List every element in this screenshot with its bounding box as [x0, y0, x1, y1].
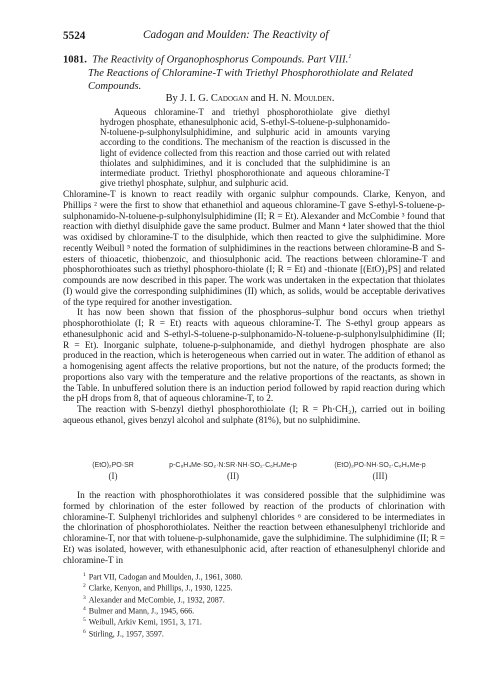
article-title: 1081. The Reactivity of Organophosphorus… [63, 51, 445, 93]
footnote-4: 4Bulmer and Mann, J., 1945, 666. [83, 605, 383, 616]
page-number: 5524 [63, 30, 85, 42]
title-reference: 1 [348, 54, 351, 60]
running-title: Cadogan and Moulden: The Reactivity of [143, 29, 329, 41]
body-text-upper: Chloramine-T is known to react readily w… [63, 190, 445, 427]
paragraph-3: The reaction with S-benzyl diethyl phosp… [63, 405, 445, 427]
formula-II: p-C₆H₄Me·SO₂·N:SR·NH·SO₂·C₆H₄Me-p (II) [158, 462, 308, 481]
author-line: By J. I. G. Cadogan and H. N. Moulden. [0, 93, 500, 104]
abstract-text: Aqueous chloramine-T and triethyl phosph… [100, 107, 390, 188]
article-number: 1081. [63, 55, 87, 66]
formula-I: (EtO)₂PO·SR (I) [73, 462, 153, 481]
author-1: J. I. G. Cadogan [180, 93, 248, 104]
title-line-1: The Reactivity of Organophosphorus Compo… [92, 55, 348, 66]
paragraph-1: Chloramine-T is known to react readily w… [63, 190, 445, 308]
footnote-3: 3Alexander and McCombie, J., 1932, 2087. [83, 594, 383, 605]
title-line-2: The Reactions of Chloramine-T with Triet… [63, 67, 445, 93]
body-text-lower: In the reaction with phosphorothiolates … [63, 491, 445, 566]
paragraph-4: In the reaction with phosphorothiolates … [63, 491, 445, 566]
footnote-1: 1Part VII, Cadogan and Moulden, J., 1961… [83, 571, 383, 582]
formula-III: (EtO)₂PO·NH·SO₂·C₆H₄Me-p (III) [321, 462, 439, 481]
running-head: 5524 Cadogan and Moulden: The Reactivity… [63, 29, 423, 42]
abstract: Aqueous chloramine-T and triethyl phosph… [100, 107, 390, 188]
paragraph-2: It has now been shown that fission of th… [63, 308, 445, 405]
author-2: H. N. Moulden. [268, 93, 334, 104]
footnote-5: 5Weibull, Arkiv Kemi, 1951, 3, 171. [83, 616, 383, 627]
footnote-6: 6Stirling, J., 1957, 3597. [83, 628, 383, 639]
footnote-2: 2Clarke, Kenyon, and Phillips, J., 1930,… [83, 582, 383, 593]
footnotes: 1Part VII, Cadogan and Moulden, J., 1961… [83, 571, 383, 639]
